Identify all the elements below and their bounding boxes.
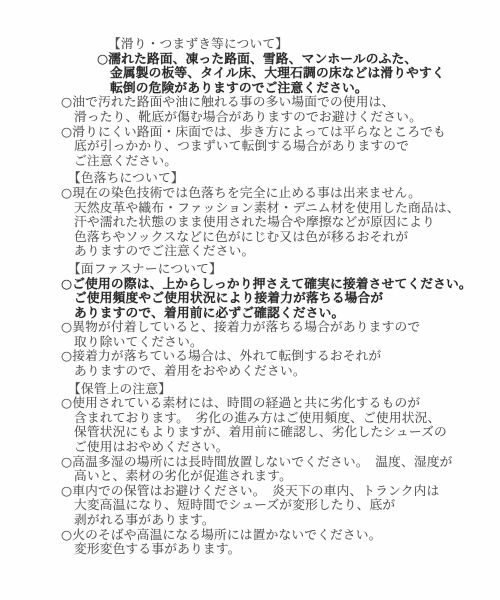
notice-line: ○現在の染色技術では色落ちを完全に止める事は出来ません。 [61,185,421,200]
section-heading: 【色落ちについて】 [68,171,500,186]
notice-item: ○車内での保管はお避けください。 炎天下の車内、トランク内は大変高温になり、短時… [74,484,500,528]
notice-line: 転倒の危険がありますのでご注意ください。 [110,80,368,95]
notice-line: 天然皮革や織布・ファッション素材・デニム材を使用した商品は、 [74,200,460,215]
notice-line: 変形変色する事があります。 [74,541,241,556]
notice-line: ○高温多湿の場所には長時間放置しないでください。 温度、湿度が [61,454,453,469]
notice-line: ありますので、着用前に必ずご確認ください。 [74,305,344,320]
notice-line: 金属製の板等、タイル床、大理石調の床などは滑りやすく [110,65,445,80]
section-heading: 【滑り・つまずき等について】 [108,37,500,52]
notice-line: ○車内での保管はお避けください。 炎天下の車内、トランク内は [61,483,439,498]
notice-line: 含まれております。 劣化の進み方はご使用頻度、ご使用状況、 [74,410,440,425]
notice-line: 滑ったり、靴底が傷む場合がありますのでお避けください。 [74,109,422,124]
notice-line: ○濡れた路面、凍った路面、雪路、マンホールのふた、 [97,51,417,66]
notice-item: ○油で汚れた路面や油に触れる事の多い場面での使用は、滑ったり、靴底が傷む場合があ… [74,95,500,124]
notice-item: ○高温多湿の場所には長時間放置しないでください。 温度、湿度が高いと、素材の劣化… [74,455,500,484]
section-0: 【滑り・つまずき等について】○濡れた路面、凍った路面、雪路、マンホールのふた、金… [0,37,500,168]
notice-item: ○使用されている素材には、時間の経過と共に劣化するものが含まれております。 劣化… [74,396,500,454]
notice-line: ご使用頻度やご使用状況により接着力が落ちる場合が [74,290,383,305]
notice-item: ○異物が付着していると、接着力が落ちる場合がありますので取り除いてください。 [74,320,500,349]
notice-item: ○ご使用の際は、上からしっかり押さえて確実に接着させてください。ご使用頻度やご使… [74,277,500,321]
notice-line: ご注意ください。 [74,153,177,168]
notice-item: ○濡れた路面、凍った路面、雪路、マンホールのふた、金属製の板等、タイル床、大理石… [110,52,500,96]
notice-line: ○接着力が落ちている場合は、外れて転倒するおそれが [61,348,381,363]
notice-item: ○現在の染色技術では色落ちを完全に止める事は出来ません。天然皮革や織布・ファッシ… [74,186,500,259]
notice-line: ありますので、着用をおやめください。 [74,363,306,378]
notice-line: 保管状況にもよりますが、着用前に確認し、劣化したシューズの [74,424,447,439]
notice-line: ○滑りにくい路面・床面では、歩き方によっては平らなところでも [61,124,446,139]
notice-line: ご使用はおやめください。 [74,439,229,454]
notice-line: 大変高温になり、短時間でシューズが変形したり、底が [74,497,395,512]
notice-line: 汗や濡れた状態のまま使用された場合や摩擦などが原因により [74,214,435,229]
notice-line: ○使用されている素材には、時間の経過と共に劣化するものが [61,395,420,410]
notice-line: ○火のそばや高温になる場所には置かないでください。 [61,527,382,542]
notice-line: ○ご使用の際は、上からしっかり押さえて確実に接着させてください。 [61,276,472,291]
notice-line: 取り除いてください。 [74,334,203,349]
notice-item: ○接着力が落ちている場合は、外れて転倒するおそれがありますので、着用をおやめくだ… [74,349,500,378]
notice-line: 色落ちやソックスなどに色がにじむ又は色が移るおそれが [74,229,408,244]
section-heading: 【面ファスナーについて】 [68,262,500,277]
notice-line: ○油で汚れた路面や油に触れる事の多い場面での使用は、 [61,94,394,109]
notice-item: ○火のそばや高温になる場所には置かないでください。変形変色する事があります。 [74,528,500,557]
notice-line: 高いと、素材の劣化が促進されます。 [74,468,292,483]
notice-line: 剥がれる事があります。 [74,512,215,527]
notice-line: 底が引っかかり、つまずいて転倒する場合がありますので [74,138,409,153]
section-3: 【保管上の注意】○使用されている素材には、時間の経過と共に劣化するものが含まれて… [0,382,500,557]
section-1: 【色落ちについて】○現在の染色技術では色落ちを完全に止める事は出来ません。天然皮… [0,171,500,259]
notice-line: ありますのでご注意ください。 [74,243,254,258]
notice-item: ○滑りにくい路面・床面では、歩き方によっては平らなところでも底が引っかかり、つま… [74,125,500,169]
notice-line: ○異物が付着していると、接着力が落ちる場合がありますので [61,319,420,334]
section-2: 【面ファスナーについて】○ご使用の際は、上からしっかり押さえて確実に接着させてく… [0,262,500,379]
care-instructions-page: 【滑り・つまずき等について】○濡れた路面、凍った路面、雪路、マンホールのふた、金… [0,0,500,600]
